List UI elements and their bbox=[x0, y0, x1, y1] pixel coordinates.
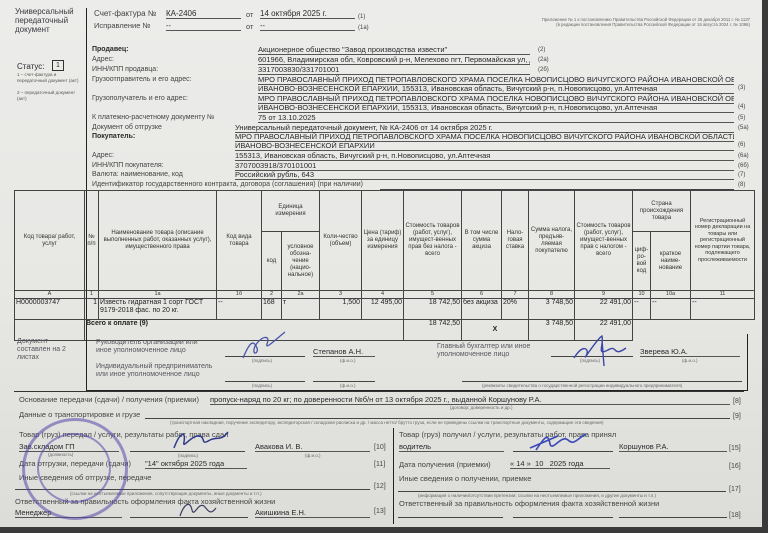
correction-date: -- bbox=[260, 21, 355, 31]
received-code: [15] bbox=[729, 445, 741, 452]
company-stamp bbox=[22, 418, 128, 520]
ship-other-code: [12] bbox=[374, 483, 386, 490]
receive-date-year: 2025 года bbox=[550, 459, 584, 468]
entrepreneur-sign-caption: (подпись) bbox=[252, 383, 272, 388]
entrepreneur-signature-line bbox=[225, 381, 305, 382]
header-rate: Нало-говая ставка bbox=[502, 191, 529, 291]
receive-resp-label: Ответственный за правильность оформления… bbox=[399, 500, 659, 508]
field-code: (3) bbox=[738, 85, 745, 91]
entrepreneur-fio-caption: (ф.и.о.) bbox=[340, 383, 355, 388]
field-code: (2б) bbox=[538, 67, 549, 73]
column-number: 5 bbox=[404, 291, 462, 299]
header-tax: Сумма налога, предъяв-ляемая покупателю bbox=[529, 191, 575, 291]
field-value: Российский рубль, 643 bbox=[235, 170, 734, 180]
field-label: Адрес: bbox=[92, 152, 114, 160]
header-qty: Коли-чество (объем) bbox=[320, 191, 362, 291]
handed-over-code: [10] bbox=[374, 444, 386, 451]
invoice-date: 14 октября 2025 г. bbox=[260, 9, 355, 19]
field-code: (6а) bbox=[738, 153, 749, 159]
cell-excise: без акциза bbox=[462, 299, 502, 320]
column-number: 8 bbox=[529, 291, 575, 299]
transport-line bbox=[145, 418, 730, 419]
header-num: № п/п bbox=[85, 191, 99, 291]
column-number: 3 bbox=[320, 291, 362, 299]
header-unit-code: код bbox=[262, 232, 282, 291]
receive-resp-name-line bbox=[619, 517, 727, 518]
pages-note: Документ составлен на 2 листах bbox=[17, 338, 83, 362]
ship-resp-name: Акишкина Е.Н. bbox=[255, 508, 370, 518]
transfer-column-divider bbox=[393, 428, 394, 524]
correction-label: Исправление № bbox=[94, 22, 151, 30]
status-value: 1 bbox=[52, 60, 64, 71]
company-stamp-inner bbox=[37, 433, 111, 503]
column-number: 2 bbox=[262, 291, 282, 299]
field-label: Валюта: наименование, код bbox=[92, 171, 183, 179]
correction-number: -- bbox=[166, 21, 241, 31]
status-legend-2: 2 – передаточный документ (акт) bbox=[17, 90, 77, 101]
column-number: А bbox=[15, 291, 85, 299]
appendix-note: Приложение № 1 к постановлению Правитель… bbox=[478, 17, 750, 27]
invoice-label: Счет-фактура № bbox=[94, 10, 156, 18]
handed-over-signature-scribble bbox=[170, 424, 232, 454]
transfer-top-rule bbox=[14, 391, 744, 392]
field-code: (5) bbox=[738, 115, 745, 121]
field-label: Идентификатор государственного контракта… bbox=[92, 181, 363, 189]
header-cost-with-tax: Стоимость товаров (работ, услуг), имущес… bbox=[575, 191, 633, 291]
field-code: (6б) bbox=[738, 163, 749, 169]
field-label: ИНН/КПП покупателя: bbox=[92, 162, 164, 170]
field-code: (7) bbox=[738, 172, 745, 178]
cell-num: 1 bbox=[85, 299, 99, 320]
basis-value: пропуск-наряд по 20 кг; по доверенности … bbox=[210, 395, 730, 405]
header-country-code: циф-ро-вой код bbox=[633, 232, 651, 291]
header-kind: Код вида товара bbox=[217, 191, 262, 291]
field-label: К платежно-расчетному документу № bbox=[92, 114, 215, 122]
field-label: ИНН/КПП продавца: bbox=[92, 66, 158, 74]
receive-date-day: « 14 » bbox=[510, 459, 531, 468]
chief-accountant-fio-caption: (ф.и.о.) bbox=[682, 358, 697, 363]
entrepreneur-fio-line bbox=[313, 381, 375, 382]
correction-from-label: от bbox=[246, 23, 253, 31]
receive-date-code: [16] bbox=[729, 463, 741, 470]
head-signature-scribble bbox=[235, 330, 295, 364]
cell-country-name: -- bbox=[651, 299, 691, 320]
field-code: (8) bbox=[738, 182, 745, 188]
cell-kind: -- bbox=[217, 299, 262, 320]
cell-name: Известь гидратная 1 сорт ГОСТ 9179-2018 … bbox=[99, 299, 217, 320]
column-number: 9 bbox=[575, 291, 633, 299]
field-value: 601966, Владимирская обл, Ковровский р-н… bbox=[258, 55, 530, 65]
column-number: 10а bbox=[651, 291, 691, 299]
cell-cost-with-tax: 22 491,00 bbox=[575, 299, 633, 320]
cell-cost-no-tax: 18 742,50 bbox=[404, 299, 462, 320]
field-label: Адрес: bbox=[92, 56, 114, 64]
ship-date-code: [11] bbox=[374, 461, 385, 468]
receive-other-line bbox=[398, 491, 726, 492]
header-reg-number: Регистрационный номер декларации на това… bbox=[691, 191, 755, 291]
header-country-name: краткое наиме-нование bbox=[651, 232, 691, 291]
header-country-group: Страна происхождения товара bbox=[633, 191, 691, 232]
head-name: Степанов А.Н. bbox=[313, 347, 375, 357]
table-row: Н0000003747 1 Известь гидратная 1 сорт Г… bbox=[15, 299, 755, 320]
receive-other-label: Иные сведения о получении, приемке bbox=[399, 475, 531, 483]
ship-resp-code: [13] bbox=[374, 508, 386, 515]
field-code: (6) bbox=[738, 142, 745, 148]
field-value: 75 от 13.10.2025 bbox=[258, 113, 734, 123]
receive-other-caption: (информация о наличии/отсутствии претенз… bbox=[418, 493, 656, 498]
received-position: водитель bbox=[399, 442, 504, 452]
field-label: Грузополучатель и его адрес: bbox=[92, 95, 188, 103]
column-number: 1 bbox=[85, 291, 99, 299]
field-value: 3317003830/331701001 bbox=[258, 65, 530, 75]
receive-resp-position-line bbox=[398, 517, 503, 518]
received-name: Коршунов Р.А. bbox=[619, 442, 727, 452]
column-number: 6 bbox=[462, 291, 502, 299]
cell-tax: 3 748,50 bbox=[529, 299, 575, 320]
basis-code: [8] bbox=[733, 398, 741, 405]
ship-date-value: "14" октября 2025 года bbox=[145, 459, 247, 469]
invoice-from-label: от bbox=[246, 11, 253, 19]
cell-qty: 1,500 bbox=[320, 299, 362, 320]
receive-date-value: « 14 » 10 2025 года bbox=[510, 459, 610, 469]
field-value: 155313, Ивановская область, Вичугский р-… bbox=[235, 151, 734, 161]
invoice-number: КА-2406 bbox=[166, 9, 241, 19]
column-number: 7 bbox=[502, 291, 529, 299]
head-label: Руководитель организации или иное уполно… bbox=[96, 339, 206, 355]
basis-label: Основание передачи (сдачи) / получения (… bbox=[19, 396, 199, 404]
field-label: Покупатель: bbox=[92, 133, 135, 141]
entrepreneur-label: Индивидуальный предприниматель или иное … bbox=[96, 363, 216, 379]
field-label: Документ об отгрузке bbox=[92, 124, 162, 132]
header-cost-no-tax: Стоимость товаров (работ, услуг), имущес… bbox=[404, 191, 462, 291]
receive-resp-code: [18] bbox=[729, 512, 741, 519]
cell-reg-number: -- bbox=[691, 299, 755, 320]
cell-code: Н0000003747 bbox=[15, 299, 85, 320]
document-type-title: Универсальный передаточный документ bbox=[15, 7, 81, 34]
header-code: Код товара/ работ, услуг bbox=[15, 191, 85, 291]
header-excise: В том числе сумма акциза bbox=[462, 191, 502, 291]
field-code: (2а) bbox=[538, 57, 549, 63]
chief-accountant-label: Главный бухгалтер или иное уполномоченно… bbox=[437, 343, 547, 359]
cell-rate: 20% bbox=[502, 299, 529, 320]
transport-code: [9] bbox=[733, 413, 741, 420]
receive-resp-signature-line bbox=[513, 517, 613, 518]
column-number: 1б bbox=[217, 291, 262, 299]
column-numbers-row: А11а1б22а34567891010а11 bbox=[15, 291, 755, 299]
chief-accountant-name: Зверева Ю.А. bbox=[640, 347, 740, 357]
field-value-continued: ИВАНОВО-ВОЗНЕСЕНСКОЙ ЕПАРХИИ bbox=[235, 141, 734, 151]
field-code: (2) bbox=[538, 47, 545, 53]
receive-date-month: 10 bbox=[535, 459, 543, 468]
cell-country-code: -- bbox=[633, 299, 651, 320]
receive-date-label: Дата получения (приемки) bbox=[399, 461, 491, 469]
column-number: 4 bbox=[362, 291, 404, 299]
status-legend-1: 1 – счет-фактура и передаточный документ… bbox=[17, 72, 81, 83]
header-price: Цена (тариф) за единицу измерения bbox=[362, 191, 404, 291]
field-label: Грузоотправитель и его адрес: bbox=[92, 76, 192, 84]
received-signature-scribble bbox=[528, 428, 588, 454]
head-fio-caption: (ф.и.о.) bbox=[340, 358, 355, 363]
goods-table: Код товара/ работ, услуг № п/п Наименова… bbox=[14, 190, 755, 341]
status-label: Статус: bbox=[17, 62, 45, 71]
entrepreneur-cert-caption: (реквизиты свидетельства о государственн… bbox=[482, 383, 682, 388]
column-number: 10 bbox=[633, 291, 651, 299]
field-code: (5а) bbox=[738, 125, 749, 131]
field-code: (4) bbox=[738, 104, 745, 110]
field-label: Продавец: bbox=[92, 46, 129, 54]
entrepreneur-cert-line bbox=[462, 381, 742, 382]
column-number: 11 bbox=[691, 291, 755, 299]
cell-unit-sym: т bbox=[282, 299, 320, 320]
upd-document-photo: Универсальный передаточный документ Стат… bbox=[0, 0, 762, 527]
cell-price: 12 495,00 bbox=[362, 299, 404, 320]
basis-caption: (договор; доверенность и др.) bbox=[450, 405, 513, 410]
field-value-continued: ИВАНОВО-ВОЗНЕСЕНСКОЙ ЕПАРХИИ, 155313, Ив… bbox=[258, 84, 734, 94]
column-number: 1а bbox=[99, 291, 217, 299]
header-unit-group: Единица измерения bbox=[262, 191, 320, 232]
cell-unit-code: 168 bbox=[262, 299, 282, 320]
header-unit-sym: условное обозна-чение (нацио-нальное) bbox=[282, 232, 320, 291]
handed-over-name: Авакова И. В. bbox=[255, 442, 370, 452]
transport-caption: (транспортная накладная, поручение экспе… bbox=[170, 420, 730, 425]
header-name: Наименование товара (описание выполненны… bbox=[99, 191, 217, 291]
field-value-continued: ИВАНОВО-ВОЗНЕСЕНСКОЙ ЕПАРХИИ, 155313, Ив… bbox=[258, 103, 734, 113]
column-number: 2а bbox=[282, 291, 320, 299]
field-value: Акционерное общество "Завод производства… bbox=[258, 45, 530, 55]
chief-accountant-signature-scribble bbox=[568, 332, 638, 368]
appendix-line-2: (в редакции постановления Правительства … bbox=[478, 22, 750, 27]
resp-signature-scribble bbox=[170, 494, 220, 522]
handed-over-fio-caption: (ф.и.о.) bbox=[305, 453, 320, 458]
receive-other-code: [17] bbox=[729, 486, 741, 493]
